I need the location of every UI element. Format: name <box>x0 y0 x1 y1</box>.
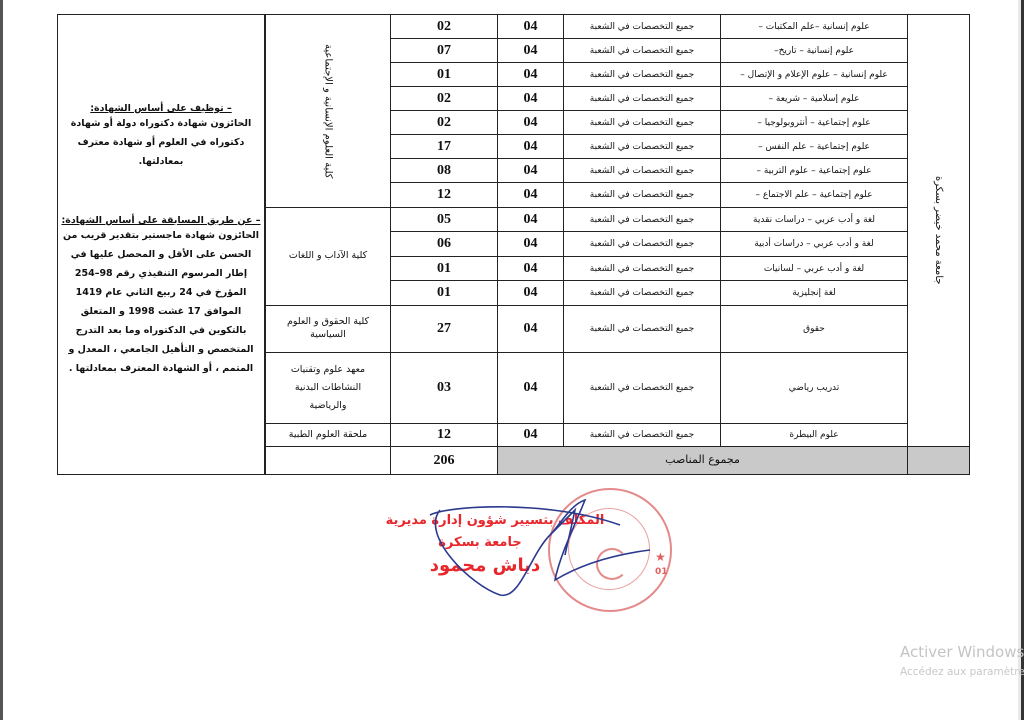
specialty: علوم إنسانية – تاريخ– <box>774 46 854 56</box>
positions-count: 12 <box>437 427 451 443</box>
activation-watermark-subtitle: Accédez aux paramètres <box>900 666 1024 678</box>
notes-block-competition: – عن طريق المسابقة على أساس الشهادة: الح… <box>58 215 264 378</box>
positions-count: 27 <box>437 321 451 337</box>
subspecialty-cell: جميع التخصصات في الشعبة <box>563 305 721 353</box>
subspecialty: جميع التخصصات في الشعبة <box>590 239 694 249</box>
code-value: 04 <box>524 380 538 396</box>
specialty: علوم إجتماعية – علم الاجتماع – <box>755 190 872 200</box>
specialty-cell: لغة و أدب عربي – دراسات نقدية <box>720 207 908 232</box>
activation-watermark-title: Activer Windows <box>900 643 1024 661</box>
code-value: 04 <box>524 67 538 83</box>
faculty-name: كلية العلوم الإنسانية و الإجتماعية <box>323 44 334 179</box>
total-positions: 206 <box>434 453 455 469</box>
code-value-cell: 04 <box>497 158 564 183</box>
subspecialty-cell: جميع التخصصات في الشعبة <box>563 207 721 232</box>
code-value: 04 <box>524 115 538 131</box>
subspecialty-cell: جميع التخصصات في الشعبة <box>563 38 721 63</box>
total-label-cell: مجموع المناصب <box>497 446 908 475</box>
subspecialty-cell: جميع التخصصات في الشعبة <box>563 352 721 424</box>
positions-count: 01 <box>437 67 451 83</box>
code-value: 04 <box>524 236 538 252</box>
total-label: مجموع المناصب <box>665 453 740 468</box>
specialty-cell: لغة إنجليزية <box>720 280 908 306</box>
faculty-cell-sports: معهد علوم وتقنيات النشاطات البدنية والري… <box>265 352 391 424</box>
specialty-cell: علوم البيطرة <box>720 423 908 447</box>
positions-count: 02 <box>437 91 451 107</box>
specialty-cell: لغة و أدب عربي – لسانيات <box>720 256 908 281</box>
code-value: 04 <box>524 427 538 443</box>
positions-count: 01 <box>437 285 451 301</box>
subspecialty-cell: جميع التخصصات في الشعبة <box>563 280 721 306</box>
code-value-cell: 04 <box>497 423 564 447</box>
positions-count-cell: 01 <box>390 280 498 306</box>
positions-count-cell: 08 <box>390 158 498 183</box>
positions-count-cell: 07 <box>390 38 498 63</box>
notes-title-1: – توظيف على أساس الشهادة: <box>58 103 264 114</box>
specialty: لغة و أدب عربي – دراسات أدبية <box>754 239 873 249</box>
notes-title-2: – عن طريق المسابقة على أساس الشهادة: <box>58 215 264 226</box>
code-value-cell: 04 <box>497 86 564 111</box>
code-value: 04 <box>524 187 538 203</box>
faculty-cell-law: كلية الحقوق و العلوم السياسية <box>265 305 391 353</box>
positions-count-cell: 05 <box>390 207 498 232</box>
specialty: لغة و أدب عربي – لسانيات <box>764 264 864 274</box>
specialty-cell: علوم إجتماعية – علم الاجتماع – <box>720 182 908 208</box>
subspecialty: جميع التخصصات في الشعبة <box>590 190 694 200</box>
code-value: 04 <box>524 139 538 155</box>
code-value-cell: 04 <box>497 256 564 281</box>
subspecialty-cell: جميع التخصصات في الشعبة <box>563 86 721 111</box>
subspecialty: جميع التخصصات في الشعبة <box>590 118 694 128</box>
positions-count-cell: 06 <box>390 231 498 257</box>
code-value-cell: 04 <box>497 352 564 424</box>
faculty-name: معهد علوم وتقنيات النشاطات البدنية والري… <box>282 361 374 415</box>
code-value-cell: 04 <box>497 134 564 159</box>
positions-count-cell: 01 <box>390 256 498 281</box>
specialty: علوم إسلامية – شريعة – <box>769 94 860 104</box>
specialty-cell: لغة و أدب عربي – دراسات أدبية <box>720 231 908 257</box>
subspecialty-cell: جميع التخصصات في الشعبة <box>563 423 721 447</box>
subspecialty: جميع التخصصات في الشعبة <box>590 22 694 32</box>
specialty: حقوق <box>803 324 825 334</box>
faculty-total-empty <box>265 446 391 475</box>
specialty: علوم إجتماعية – علوم التربية – <box>756 166 871 176</box>
code-value-cell: 04 <box>497 14 564 39</box>
notes-body-2: الحائزون شهادة ماجستير بتقدير قريب من ال… <box>58 226 264 378</box>
code-value: 04 <box>524 91 538 107</box>
subspecialty: جميع التخصصات في الشعبة <box>590 430 694 440</box>
positions-count-cell: 17 <box>390 134 498 159</box>
code-value-cell: 04 <box>497 62 564 87</box>
code-value: 04 <box>524 43 538 59</box>
conditions-notes: – توظيف على أساس الشهادة: الحائزون شهادة… <box>57 14 265 475</box>
positions-count: 02 <box>437 115 451 131</box>
subspecialty: جميع التخصصات في الشعبة <box>590 166 694 176</box>
notes-block-certificate: – توظيف على أساس الشهادة: الحائزون شهادة… <box>58 103 264 171</box>
faculty-name: كلية الآداب و اللغات <box>289 250 367 263</box>
faculty-cell-humanities: كلية العلوم الإنسانية و الإجتماعية <box>265 14 391 208</box>
code-value: 04 <box>524 321 538 337</box>
code-value: 04 <box>524 212 538 228</box>
positions-count-cell: 12 <box>390 423 498 447</box>
positions-count: 03 <box>437 380 451 396</box>
specialty-cell: حقوق <box>720 305 908 353</box>
positions-count: 02 <box>437 19 451 35</box>
code-value-cell: 04 <box>497 207 564 232</box>
positions-count-cell: 02 <box>390 110 498 135</box>
positions-count-cell: 27 <box>390 305 498 353</box>
specialty-cell: علوم إنسانية – تاريخ– <box>720 38 908 63</box>
faculty-cell-medical: ملحقة العلوم الطبية <box>265 423 391 447</box>
subspecialty-cell: جميع التخصصات في الشعبة <box>563 62 721 87</box>
subspecialty-cell: جميع التخصصات في الشعبة <box>563 110 721 135</box>
positions-count-cell: 01 <box>390 62 498 87</box>
subspecialty: جميع التخصصات في الشعبة <box>590 324 694 334</box>
specialty-cell: تدريب رياضي <box>720 352 908 424</box>
subspecialty: جميع التخصصات في الشعبة <box>590 383 694 393</box>
code-value: 04 <box>524 163 538 179</box>
positions-count-cell: 02 <box>390 86 498 111</box>
subspecialty-cell: جميع التخصصات في الشعبة <box>563 134 721 159</box>
subspecialty-cell: جميع التخصصات في الشعبة <box>563 158 721 183</box>
subspecialty-cell: جميع التخصصات في الشعبة <box>563 14 721 39</box>
positions-count-cell: 02 <box>390 14 498 39</box>
positions-count: 08 <box>437 163 451 179</box>
university-cell: جامعة محمد خيضر بسكرة <box>907 14 970 447</box>
university-total-cell <box>907 446 970 475</box>
specialty: علوم إنسانية – علوم الإعلام و الإتصال – <box>740 70 888 80</box>
positions-count: 07 <box>437 43 451 59</box>
code-value: 04 <box>524 261 538 277</box>
subspecialty: جميع التخصصات في الشعبة <box>590 70 694 80</box>
positions-count: 05 <box>437 212 451 228</box>
specialty-cell: علوم إجتماعية – علم النفس – <box>720 134 908 159</box>
university-name: جامعة محمد خيضر بسكرة <box>933 176 944 285</box>
specialty-cell: علوم إسلامية – شريعة – <box>720 86 908 111</box>
positions-count: 17 <box>437 139 451 155</box>
specialty: علوم إجتماعية – علم النفس – <box>758 142 870 152</box>
subspecialty: جميع التخصصات في الشعبة <box>590 46 694 56</box>
specialty: علوم إجتماعية – أنتروبولوجيا – <box>757 118 870 128</box>
subspecialty-cell: جميع التخصصات في الشعبة <box>563 231 721 257</box>
specialty-cell: علوم إجتماعية – علوم التربية – <box>720 158 908 183</box>
specialty-cell: علوم إنسانية – علوم الإعلام و الإتصال – <box>720 62 908 87</box>
subspecialty: جميع التخصصات في الشعبة <box>590 142 694 152</box>
specialty-cell: علوم إنسانية –علم المكتبات – <box>720 14 908 39</box>
specialty: لغة و أدب عربي – دراسات نقدية <box>753 215 875 225</box>
code-value: 04 <box>524 285 538 301</box>
faculty-cell-letters: كلية الآداب و اللغات <box>265 207 391 306</box>
code-value-cell: 04 <box>497 305 564 353</box>
positions-count-cell: 12 <box>390 182 498 208</box>
code-value: 04 <box>524 19 538 35</box>
signature-icon <box>410 495 660 605</box>
positions-count-cell: 03 <box>390 352 498 424</box>
subspecialty: جميع التخصصات في الشعبة <box>590 215 694 225</box>
positions-count: 12 <box>437 187 451 203</box>
subspecialty-cell: جميع التخصصات في الشعبة <box>563 256 721 281</box>
specialty: تدريب رياضي <box>789 383 840 393</box>
total-positions-cell: 206 <box>390 446 498 475</box>
specialty: لغة إنجليزية <box>792 288 836 298</box>
subspecialty-cell: جميع التخصصات في الشعبة <box>563 182 721 208</box>
subspecialty: جميع التخصصات في الشعبة <box>590 94 694 104</box>
positions-count: 06 <box>437 236 451 252</box>
specialty: علوم البيطرة <box>789 430 838 440</box>
specialty: علوم إنسانية –علم المكتبات – <box>758 22 869 32</box>
code-value-cell: 04 <box>497 38 564 63</box>
code-value-cell: 04 <box>497 231 564 257</box>
subspecialty: جميع التخصصات في الشعبة <box>590 264 694 274</box>
code-value-cell: 04 <box>497 182 564 208</box>
code-value-cell: 04 <box>497 280 564 306</box>
notes-body-1: الحائزون شهادة دكتوراه دولة أو شهادة دكت… <box>58 114 264 171</box>
positions-count: 01 <box>437 261 451 277</box>
specialty-cell: علوم إجتماعية – أنتروبولوجيا – <box>720 110 908 135</box>
faculty-name: كلية الحقوق و العلوم السياسية <box>284 316 372 342</box>
viewer-left-edge <box>0 0 3 720</box>
subspecialty: جميع التخصصات في الشعبة <box>590 288 694 298</box>
faculty-name: ملحقة العلوم الطبية <box>289 429 368 442</box>
code-value-cell: 04 <box>497 110 564 135</box>
